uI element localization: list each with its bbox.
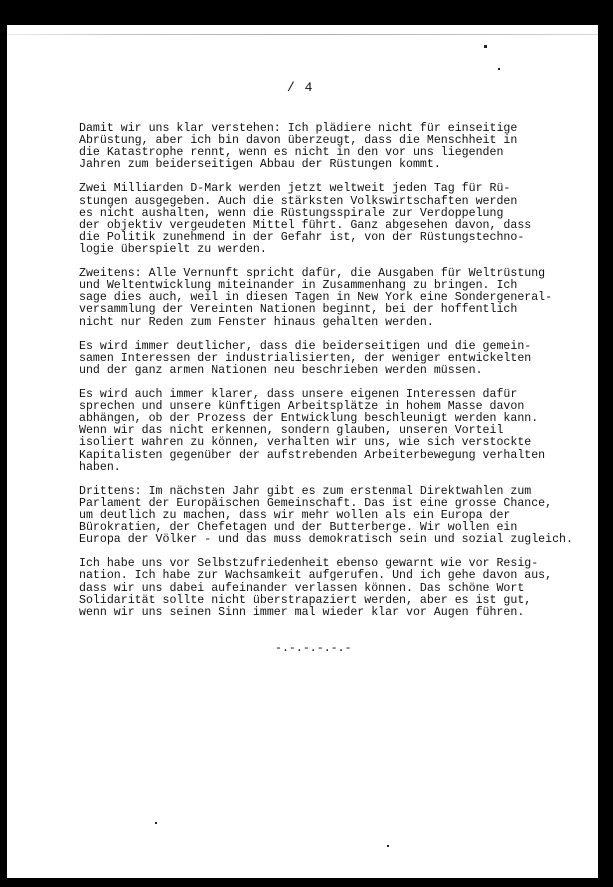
paragraph: Es wird immer deutlicher, dass die beide…	[79, 341, 599, 377]
paragraph: Zweitens: Alle Vernunft spricht dafür, d…	[79, 268, 599, 328]
text-line: Kapitalisten gegenüber der aufstrebenden…	[79, 450, 599, 462]
text-line: es nicht aushalten, wenn die Rüstungsspi…	[79, 208, 599, 220]
page-number: / 4	[287, 80, 313, 95]
text-line: wenn wir uns seinen Sinn immer mal wiede…	[79, 607, 599, 619]
text-line: versammlung der Vereinten Nationen begin…	[79, 304, 599, 316]
text-line: dass wir uns dabei aufeinander verlassen…	[79, 583, 599, 595]
scan-speck	[387, 845, 389, 847]
text-line: Es wird immer deutlicher, dass die beide…	[79, 341, 599, 353]
scanned-page: / 4 Damit wir uns klar verstehen: Ich pl…	[7, 25, 598, 878]
text-line: nicht nur Reden zum Fenster hinaus gehal…	[79, 317, 599, 329]
paragraph: Es wird auch immer klarer, dass unsere e…	[79, 389, 599, 474]
document-body: Damit wir uns klar verstehen: Ich plädie…	[79, 123, 599, 631]
scan-artifact-line	[7, 34, 598, 35]
paragraph: Drittens: Im nächsten Jahr gibt es zum e…	[79, 486, 599, 546]
text-line: haben.	[79, 462, 599, 474]
text-line: Solidarität sollte nicht überstrapaziert…	[79, 595, 599, 607]
scan-speck	[498, 68, 500, 70]
paragraph: Zwei Milliarden D-Mark werden jetzt welt…	[79, 183, 599, 256]
text-line: logie überspielt zu werden.	[79, 244, 599, 256]
text-line: stungen ausgegeben. Auch die stärksten V…	[79, 196, 599, 208]
text-line: isoliert wahren zu können, verhalten wir…	[79, 437, 599, 449]
text-line: Jahren zum beiderseitigen Abbau der Rüst…	[79, 159, 599, 171]
scan-speck	[484, 45, 487, 48]
scan-speck	[155, 822, 157, 824]
text-line: nation. Ich habe zur Wachsamkeit aufgeru…	[79, 570, 599, 582]
text-line: Zwei Milliarden D-Mark werden jetzt welt…	[79, 183, 599, 195]
end-mark: -.-.-.-.-.-	[275, 642, 352, 655]
text-line: und der ganz armen Nationen neu beschrie…	[79, 365, 599, 377]
text-line: Europa der Völker - und das muss demokra…	[79, 534, 599, 546]
paragraph: Damit wir uns klar verstehen: Ich plädie…	[79, 123, 599, 171]
paragraph: Ich habe uns vor Selbstzufriedenheit ebe…	[79, 558, 599, 618]
